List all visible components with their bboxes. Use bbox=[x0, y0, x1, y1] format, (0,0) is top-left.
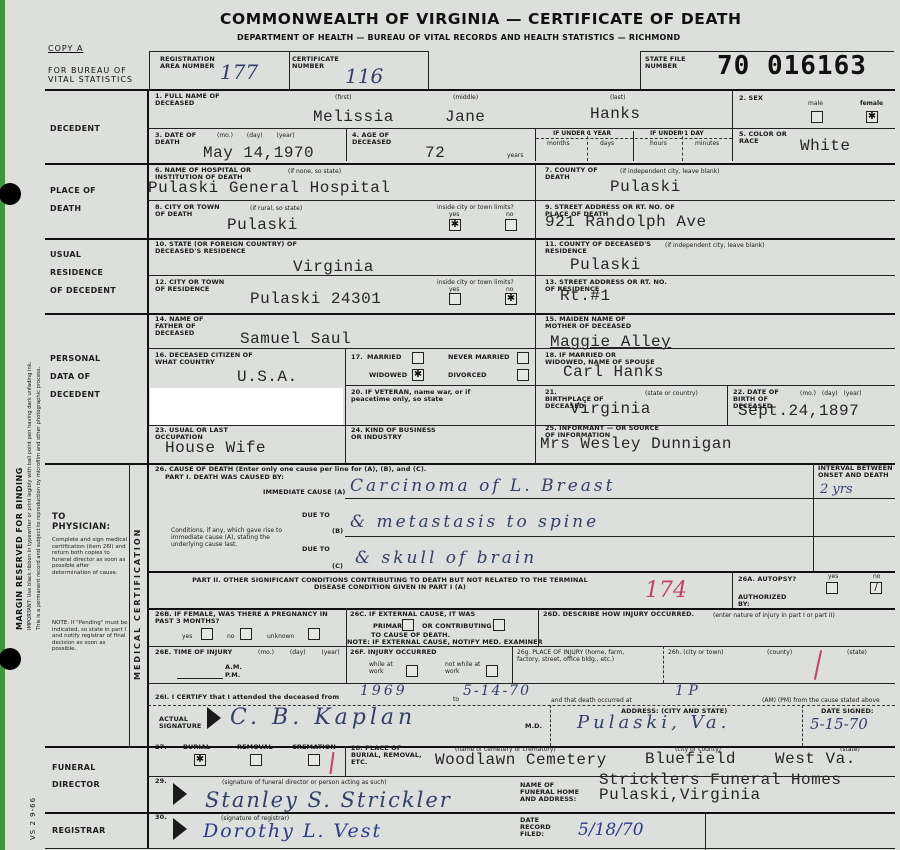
hint: (if independent city, leave blank) bbox=[665, 242, 765, 249]
hint: (if rural, so state) bbox=[250, 205, 302, 212]
autopsy-no-checkbox[interactable]: / bbox=[870, 582, 882, 594]
days-label: days bbox=[600, 140, 614, 147]
field-26d-label: 26d. DESCRIBE HOW INJURY OCCURRED. bbox=[543, 611, 694, 618]
pending-note: NOTE: If "Pending" must be indicated, so… bbox=[52, 620, 128, 653]
divider bbox=[536, 138, 732, 139]
informant[interactable]: Mrs Wesley Dunnigan bbox=[540, 435, 732, 453]
burial-checkbox[interactable]: ✱ bbox=[194, 754, 206, 766]
pregnancy-unknown-checkbox[interactable] bbox=[308, 628, 320, 640]
hint: (if independent city, leave blank) bbox=[620, 168, 720, 175]
field-8-label: 8. CITY OR TOWN OF DEATH bbox=[155, 204, 225, 218]
due-to-b-label: DUE TO bbox=[302, 512, 330, 519]
certificate-label: CERTIFICATE NUMBER bbox=[292, 56, 352, 70]
divider bbox=[345, 348, 346, 463]
divider bbox=[633, 131, 634, 161]
hint: (mo.) (day) (year) bbox=[217, 132, 295, 139]
yes-label: yes bbox=[449, 211, 459, 218]
unknown-label: unknown bbox=[267, 633, 294, 640]
field-24-label: 24. KIND OF BUSINESS OR INDUSTRY bbox=[351, 427, 441, 441]
date-signed[interactable]: 5-15-70 bbox=[810, 715, 868, 733]
occupation[interactable]: House Wife bbox=[165, 439, 266, 457]
due-to-c-label: DUE TO bbox=[302, 546, 330, 553]
funeral-signature-hint: (signature of funeral director or person… bbox=[222, 779, 387, 786]
divider bbox=[535, 128, 536, 161]
contributing-checkbox[interactable] bbox=[493, 619, 505, 631]
burial-state[interactable]: West Va. bbox=[775, 750, 856, 768]
field-29-label: 29. bbox=[155, 778, 167, 785]
county-of-death[interactable]: Pulaski bbox=[610, 178, 681, 196]
field-26c-label: 26c. IF EXTERNAL CAUSE, IT WAS bbox=[350, 611, 475, 618]
removal-label: REMOVAL bbox=[237, 744, 273, 751]
sex-female-checkbox[interactable]: ✱ bbox=[866, 111, 878, 123]
funeral-home-address[interactable]: Pulaski,Virginia bbox=[599, 786, 761, 804]
bureau-label-2: VITAL STATISTICS bbox=[48, 75, 133, 84]
field-26-label: 26. CAUSE OF DEATH (Enter only one cause… bbox=[155, 466, 555, 473]
to-label: to bbox=[453, 696, 459, 703]
first-name[interactable]: Melissia bbox=[313, 108, 394, 126]
death-certificate: MARGIN RESERVED FOR BINDING IMPORTANT: U… bbox=[5, 0, 900, 850]
date-filed-label: DATE RECORD FILED: bbox=[520, 817, 570, 838]
sex-male-checkbox[interactable] bbox=[811, 111, 823, 123]
c-label: (C) bbox=[332, 563, 343, 570]
form-code: VS 2 9-66 bbox=[29, 790, 37, 840]
autopsy-yes-checkbox[interactable] bbox=[826, 582, 838, 594]
widowed-label: WIDOWED bbox=[369, 372, 407, 379]
burial-city[interactable]: Bluefield bbox=[645, 750, 736, 768]
signature-arrow-icon bbox=[173, 818, 187, 840]
field-26g-label: 26g. PLACE OF INJURY (home, farm, factor… bbox=[517, 649, 627, 663]
am-label: A.M. bbox=[225, 664, 242, 671]
divider bbox=[346, 128, 347, 161]
father-name[interactable]: Samuel Saul bbox=[240, 330, 351, 348]
hint: (mo.) (day) (year) bbox=[800, 390, 862, 397]
section-personal: PERSONAL bbox=[50, 354, 100, 363]
never-married-label: NEVER MARRIED bbox=[448, 354, 510, 361]
authorized-by-label: AUTHORIZED BY: bbox=[738, 594, 788, 608]
field-1-label: 1. FULL NAME OF DECEASED bbox=[155, 93, 235, 107]
residence-county[interactable]: Pulaski bbox=[570, 256, 641, 274]
physician-note: Complete and sign medical certification … bbox=[52, 537, 128, 576]
field-16-label: 16. DECEASED CITIZEN OF WHAT COUNTRY bbox=[155, 352, 265, 366]
divider bbox=[148, 275, 895, 276]
divider bbox=[538, 608, 539, 646]
cremation-checkbox[interactable] bbox=[308, 754, 320, 766]
divider bbox=[813, 463, 814, 571]
external-note: NOTE: IF EXTERNAL CAUSE, NOTIFY MED. EXA… bbox=[347, 639, 543, 646]
page-title: COMMONWEALTH OF VIRGINIA — CERTIFICATE O… bbox=[220, 10, 742, 28]
field-26b-label: 26b. IF FEMALE, WAS THERE A PREGNANCY IN… bbox=[155, 611, 335, 625]
divider bbox=[732, 571, 733, 608]
residence-city[interactable]: Pulaski 24301 bbox=[250, 290, 381, 308]
section-registrar: REGISTRAR bbox=[52, 826, 106, 835]
field-26i-label: 26I. I CERTIFY that I attended the decea… bbox=[155, 694, 339, 701]
divider bbox=[587, 131, 588, 161]
age[interactable]: 72 bbox=[425, 144, 445, 162]
divider bbox=[148, 348, 895, 349]
part1-label: PART I. DEATH WAS CAUSED BY: bbox=[165, 474, 284, 481]
divider bbox=[45, 163, 895, 165]
actual-signature-label: ACTUAL SIGNATURE bbox=[159, 716, 199, 730]
yes-label: yes bbox=[449, 286, 459, 293]
residence-street[interactable]: Rt.#1 bbox=[560, 287, 611, 305]
registration-number[interactable]: 177 bbox=[220, 60, 258, 84]
field-2-label: 2. SEX bbox=[739, 95, 763, 102]
divider bbox=[727, 385, 728, 425]
under-day-label: IF UNDER 1 DAY bbox=[650, 130, 704, 137]
divider bbox=[682, 131, 683, 161]
divider bbox=[345, 746, 346, 776]
residence-inside-yes-checkbox[interactable] bbox=[449, 293, 461, 305]
pregnancy-no-checkbox[interactable] bbox=[240, 628, 252, 640]
margin-instruction-1: IMPORTANT: Use black ribbon in typewrite… bbox=[27, 250, 33, 630]
section-funeral-2: DIRECTOR bbox=[52, 780, 100, 789]
no-label: no bbox=[506, 286, 513, 293]
divider bbox=[45, 812, 895, 814]
field-30-label: 30. bbox=[155, 814, 167, 821]
field-26f-label: 26f. INJURY OCCURRED bbox=[350, 649, 437, 656]
inside-limits-yes-checkbox[interactable]: ✱ bbox=[449, 219, 461, 231]
female-label: female bbox=[860, 100, 883, 107]
copy-label: COPY A bbox=[48, 44, 83, 53]
divider bbox=[732, 89, 733, 161]
section-funeral: FUNERAL bbox=[52, 763, 96, 772]
binding-hole bbox=[0, 648, 21, 670]
immediate-cause-label: IMMEDIATE CAUSE (A) bbox=[263, 489, 345, 496]
field-5-label: 5. COLOR OR RACE bbox=[739, 131, 789, 145]
pm-label: P.M. bbox=[225, 672, 240, 679]
hint: (middle) bbox=[453, 94, 478, 101]
autopsy-label: 26a. AUTOPSY? bbox=[738, 576, 796, 583]
state-file-number[interactable]: 70 016163 bbox=[717, 51, 867, 81]
signature-arrow-icon bbox=[173, 783, 187, 805]
date-filed[interactable]: 5/18/70 bbox=[578, 820, 644, 840]
margin-title: MARGIN RESERVED FOR BINDING bbox=[15, 250, 24, 630]
never-married-checkbox[interactable] bbox=[517, 352, 529, 364]
no-label: no bbox=[873, 573, 880, 580]
part2-code[interactable]: 174 bbox=[645, 578, 687, 603]
not-while-at-work-label: not while at work bbox=[445, 661, 483, 675]
hint: (state or country) bbox=[645, 390, 698, 397]
medical-certification-label: MEDICAL CERTIFICATION bbox=[133, 530, 142, 680]
md-label: M.D. bbox=[525, 723, 542, 730]
county-hint: (county) bbox=[767, 649, 792, 656]
spouse-name[interactable]: Carl Hanks bbox=[563, 363, 664, 381]
hospital[interactable]: Pulaski General Hospital bbox=[148, 179, 390, 197]
hint: (first) bbox=[335, 94, 351, 101]
field-10-label: 10. STATE (OR FOREIGN COUNTRY) OF DECEAS… bbox=[155, 241, 305, 255]
director-signature[interactable]: Stanley S. Strickler bbox=[205, 788, 452, 812]
section-residence-2: RESIDENCE bbox=[50, 268, 103, 277]
interval-a[interactable]: 2 yrs bbox=[820, 482, 853, 497]
registrar-signature[interactable]: Dorothy L. Vest bbox=[203, 820, 382, 842]
divider bbox=[45, 89, 895, 91]
field-20-label: 20. IF VETERAN, name war, or if peacetim… bbox=[351, 389, 511, 403]
field-17-label: 17. bbox=[351, 354, 363, 361]
section-place-of-death-2: DEATH bbox=[50, 204, 81, 213]
field-28-label: 28. PLACE OF BURIAL, REMOVAL, ETC. bbox=[351, 745, 431, 766]
birthplace[interactable]: Virginia bbox=[570, 400, 651, 418]
citizenship[interactable]: U.S.A. bbox=[237, 368, 298, 386]
field-3-label: 3. DATE OF DEATH bbox=[155, 132, 205, 146]
last-name[interactable]: Hanks bbox=[590, 105, 641, 123]
months-label: months bbox=[547, 140, 570, 147]
certificate-number[interactable]: 116 bbox=[345, 64, 383, 88]
years-label: years bbox=[507, 152, 524, 159]
am-pm-label: (AM) (PM) from the cause stated above bbox=[762, 697, 880, 704]
hint: (enter nature of injury in part I or par… bbox=[713, 612, 835, 619]
hint: (if none, so state) bbox=[288, 168, 341, 175]
divider bbox=[177, 678, 223, 679]
to-physician-label: TO PHYSICIAN: bbox=[52, 512, 112, 532]
b-label: (B) bbox=[332, 528, 343, 535]
divider bbox=[345, 385, 895, 386]
widowed-checkbox[interactable]: ✱ bbox=[412, 369, 424, 381]
cause-b[interactable]: & metastasis to spine bbox=[350, 512, 599, 532]
state-hint: (state) bbox=[847, 649, 867, 656]
removal-checkbox[interactable] bbox=[250, 754, 262, 766]
residence-inside-no-checkbox[interactable]: ✱ bbox=[505, 293, 517, 305]
married-label: MARRIED bbox=[367, 354, 401, 361]
red-mark bbox=[814, 650, 822, 680]
physician-address[interactable]: Pulaski, Va. bbox=[577, 712, 730, 733]
divider bbox=[535, 313, 536, 463]
divider bbox=[705, 812, 706, 850]
cause-a[interactable]: Carcinoma of L. Breast bbox=[350, 476, 615, 496]
yes-label: yes bbox=[828, 573, 838, 580]
attended-to[interactable]: 5-14-70 bbox=[463, 683, 531, 699]
divorced-label: DIVORCED bbox=[448, 372, 487, 379]
page-subtitle: DEPARTMENT OF HEALTH — BUREAU OF VITAL R… bbox=[237, 33, 680, 42]
divider bbox=[45, 848, 895, 849]
divider bbox=[663, 646, 664, 683]
inside-limits-label: inside city or town limits? bbox=[437, 279, 514, 286]
funeral-home-label: NAME OF FUNERAL HOME AND ADDRESS: bbox=[520, 782, 590, 803]
no-label: no bbox=[506, 211, 513, 218]
no-label: no bbox=[227, 633, 234, 640]
section-residence-3: OF DECEDENT bbox=[50, 286, 116, 295]
divider bbox=[148, 646, 895, 647]
divider bbox=[550, 705, 551, 746]
race[interactable]: White bbox=[800, 137, 851, 155]
field-11-label: 11. COUNTY OF DECEASED'S RESIDENCE bbox=[545, 241, 655, 255]
yes-label: yes bbox=[182, 633, 192, 640]
divider bbox=[147, 89, 149, 849]
section-personal-2: DATA OF bbox=[50, 372, 90, 381]
field-26e-label: 26e. TIME OF INJURY bbox=[155, 649, 232, 656]
divider bbox=[148, 200, 895, 201]
field-12-label: 12. CITY OR TOWN OF RESIDENCE bbox=[155, 279, 225, 293]
divider bbox=[148, 128, 895, 129]
not-while-at-work-checkbox[interactable] bbox=[486, 665, 498, 677]
physician-signature[interactable]: C. B. Kaplan bbox=[230, 705, 416, 730]
field-7-label: 7. COUNTY OF DEATH bbox=[545, 167, 605, 181]
cremation-label: CREMATION bbox=[292, 744, 336, 751]
married-checkbox[interactable] bbox=[412, 352, 424, 364]
section-residence: USUAL bbox=[50, 250, 81, 259]
section-personal-3: DECEDENT bbox=[50, 390, 100, 399]
date-of-death[interactable]: May 14,1970 bbox=[203, 144, 314, 162]
red-mark bbox=[329, 752, 334, 774]
date-of-birth[interactable]: Sept.24,1897 bbox=[738, 402, 859, 420]
divider bbox=[129, 463, 130, 746]
divider bbox=[148, 571, 895, 573]
divider bbox=[148, 425, 895, 426]
date-signed-label: DATE SIGNED: bbox=[821, 708, 874, 715]
middle-name[interactable]: Jane bbox=[445, 108, 485, 126]
field-27-label: 27. bbox=[155, 744, 167, 751]
while-at-work-checkbox[interactable] bbox=[406, 665, 418, 677]
street-of-death[interactable]: 921 Randolph Ave bbox=[545, 213, 707, 231]
inside-limits-label: inside city or town limits? bbox=[437, 204, 514, 211]
death-time[interactable]: 1 P bbox=[675, 683, 698, 699]
cause-c[interactable]: & skull of brain bbox=[355, 548, 537, 568]
binding-hole bbox=[0, 183, 21, 205]
section-place-of-death: PLACE OF bbox=[50, 186, 96, 195]
primary-checkbox[interactable] bbox=[402, 619, 414, 631]
divorced-checkbox[interactable] bbox=[517, 369, 529, 381]
field-4-label: 4. AGE OF DECEASED bbox=[352, 132, 402, 146]
state-file-label: STATE FILE NUMBER bbox=[645, 56, 695, 70]
field-26h-label: 26h. (city or town) bbox=[668, 649, 724, 656]
while-at-work-label: while at work bbox=[369, 661, 399, 675]
residence-state[interactable]: Virginia bbox=[293, 258, 374, 276]
divider bbox=[802, 705, 803, 746]
hours-label: hours bbox=[650, 140, 667, 147]
cemetery[interactable]: Woodlawn Cemetery bbox=[435, 751, 607, 769]
male-label: male bbox=[808, 100, 823, 107]
redacted-field bbox=[150, 388, 343, 426]
burial-label: BURIAL bbox=[183, 744, 210, 751]
bureau-label-1: FOR BUREAU OF bbox=[48, 66, 127, 75]
under-year-label: IF UNDER 1 YEAR bbox=[553, 130, 611, 137]
part2-label: PART II. OTHER SIGNIFICANT CONDITIONS CO… bbox=[180, 577, 600, 591]
divider bbox=[512, 646, 513, 683]
city-of-death[interactable]: Pulaski bbox=[227, 216, 298, 234]
hint: (mo.) (day) (year) bbox=[258, 649, 340, 656]
conditions-label: Conditions, if any, which gave rise to i… bbox=[171, 527, 286, 548]
interval-label: INTERVAL BETWEEN ONSET AND DEATH bbox=[818, 465, 898, 479]
signature-arrow-icon bbox=[207, 707, 221, 729]
death-occurred-label: and that death occurred at bbox=[551, 697, 632, 704]
pregnancy-yes-checkbox[interactable] bbox=[201, 628, 213, 640]
divider bbox=[345, 498, 895, 499]
contributing-label: or CONTRIBUTING bbox=[422, 623, 492, 630]
hint: (last) bbox=[610, 94, 626, 101]
minutes-label: minutes bbox=[695, 140, 719, 147]
field-15-label: 15. MAIDEN NAME OF MOTHER OF DECEASED bbox=[545, 316, 655, 330]
margin-instruction-2: This is a permanent record and subject t… bbox=[36, 250, 42, 630]
field-14-label: 14. NAME OF FATHER OF DECEASED bbox=[155, 316, 225, 337]
inside-limits-no-checkbox[interactable] bbox=[505, 219, 517, 231]
attended-from[interactable]: 1969 bbox=[360, 683, 408, 699]
section-decedent: DECEDENT bbox=[50, 124, 100, 133]
